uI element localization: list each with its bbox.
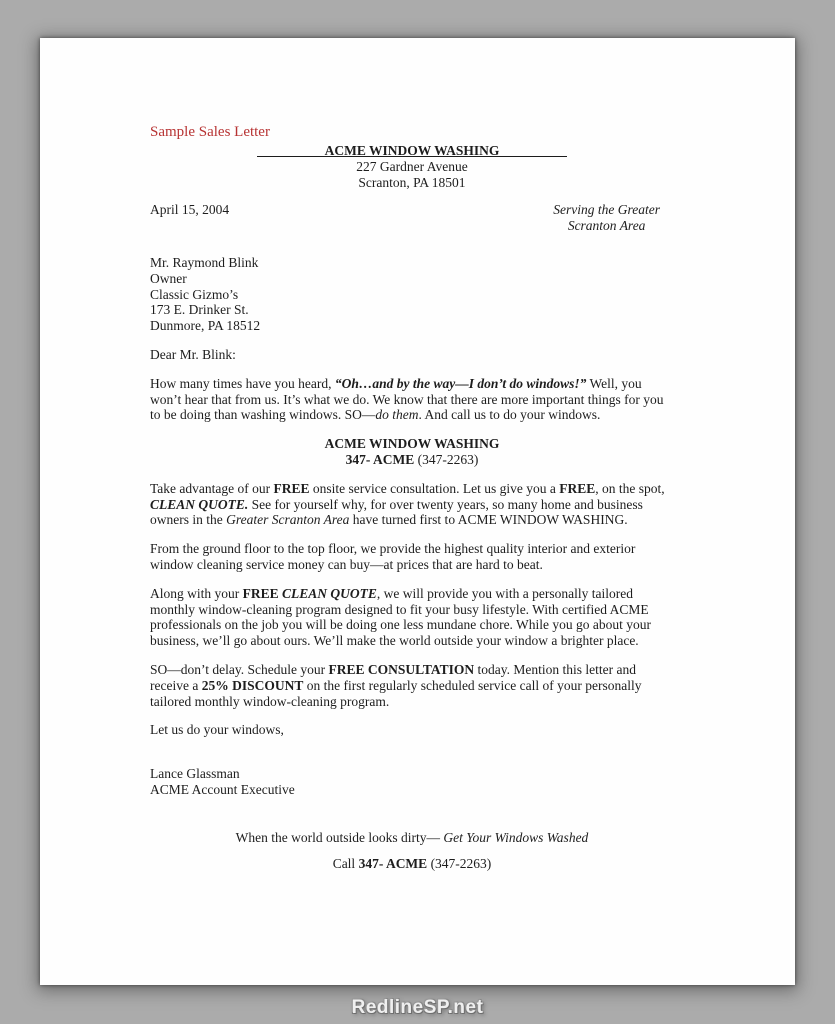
footer-slogan: When the world outside looks dirty— Get … — [150, 830, 674, 846]
screenshot-root: { "colors": { "background": "#ababab", "… — [0, 0, 835, 1024]
tagline-line2: Scranton Area — [553, 218, 660, 234]
company-address-line2: Scranton, PA 18501 — [150, 175, 674, 191]
footer-phone: Call 347- ACME (347-2263) — [150, 856, 674, 872]
signature-title: ACME Account Executive — [150, 782, 674, 798]
signature-name: Lance Glassman — [150, 766, 674, 782]
company-tagline: Serving the Greater Scranton Area — [553, 202, 660, 234]
recipient-block: Mr. Raymond Blink Owner Classic Gizmo’s … — [150, 255, 674, 334]
paragraph-5: SO—don’t delay. Schedule your FREE CONSU… — [150, 662, 674, 709]
recipient-city: Dunmore, PA 18512 — [150, 318, 674, 334]
date-row: April 15, 2004 Serving the Greater Scran… — [150, 202, 674, 234]
paragraph-2: Take advantage of our FREE onsite servic… — [150, 481, 674, 528]
salutation: Dear Mr. Blink: — [150, 347, 674, 363]
signature-block: Lance Glassman ACME Account Executive — [150, 766, 674, 798]
recipient-street: 173 E. Drinker St. — [150, 302, 674, 318]
letter-footer: When the world outside looks dirty— Get … — [150, 830, 674, 872]
sample-label: Sample Sales Letter — [150, 123, 674, 141]
phone-block-company: ACME WINDOW WASHING — [150, 436, 674, 452]
watermark: RedlineSP.net — [0, 997, 835, 1019]
phone-block: ACME WINDOW WASHING 347- ACME (347-2263) — [150, 436, 674, 468]
paragraph-1: How many times have you heard, “Oh…and b… — [150, 376, 674, 423]
letter-content: Sample Sales Letter __________ACME WINDO… — [150, 123, 674, 871]
phone-block-number: 347- ACME (347-2263) — [150, 452, 674, 468]
tagline-line1: Serving the Greater — [553, 202, 660, 218]
recipient-name: Mr. Raymond Blink — [150, 255, 674, 271]
letter-date: April 15, 2004 — [150, 202, 229, 234]
recipient-company: Classic Gizmo’s — [150, 287, 674, 303]
closing-line: Let us do your windows, — [150, 722, 674, 738]
recipient-title: Owner — [150, 271, 674, 287]
letterhead: __________ACME WINDOW WASHING__________ … — [150, 143, 674, 190]
company-name: __________ACME WINDOW WASHING__________ — [150, 143, 674, 159]
paragraph-4: Along with your FREE CLEAN QUOTE, we wil… — [150, 586, 674, 649]
company-address-line1: 227 Gardner Avenue — [150, 159, 674, 175]
paragraph-3: From the ground floor to the top floor, … — [150, 541, 674, 573]
paper-page: Sample Sales Letter __________ACME WINDO… — [40, 38, 795, 985]
